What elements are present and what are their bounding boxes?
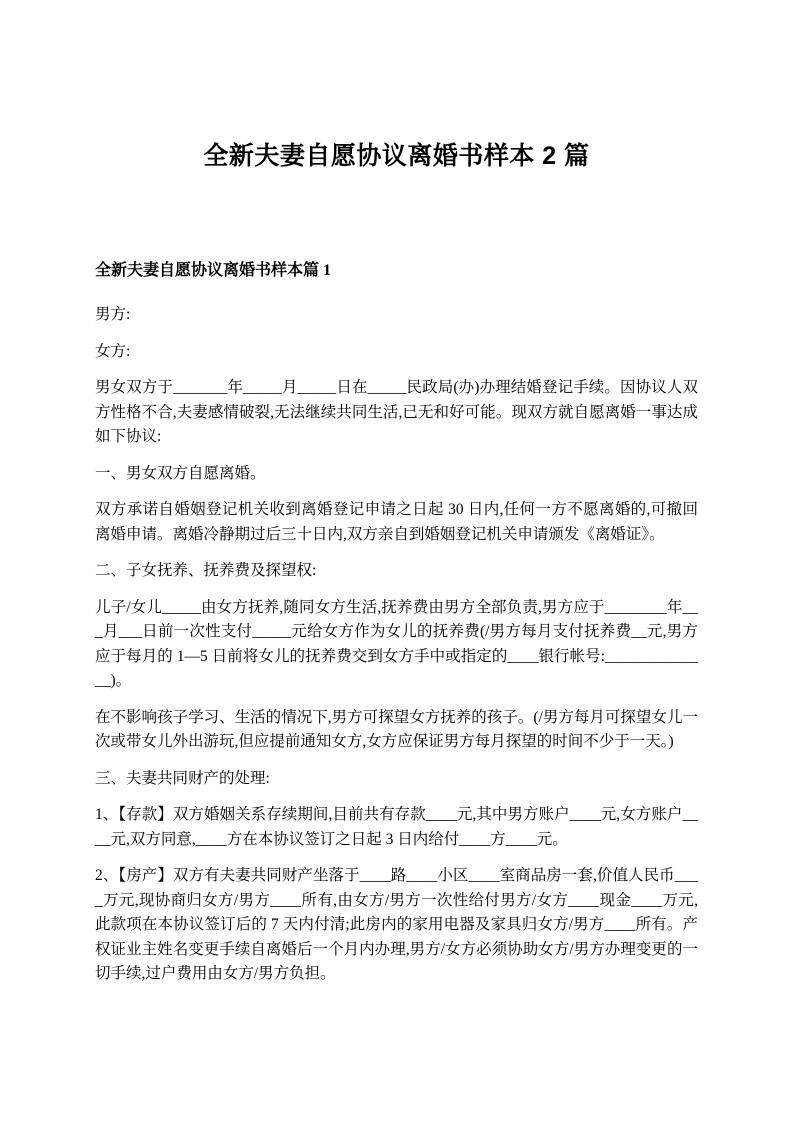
clause-2-body-visitation: 在不影响孩子学习、生活的情况下,男方可探望女方抚养的孩子。(/男方每月可探望女儿… [95,706,698,755]
line-female-party: 女方: [95,340,698,365]
document-title: 全新夫妻自愿协议离婚书样本 2 篇 [95,140,698,172]
clause-2-body-child-support: 儿子/女儿_____由女方抚养,随同女方生活,抚养费由男方全部负责,男方应于__… [95,596,698,694]
paragraph-intro: 男女双方于_______年_____月_____日在_____民政局(办)办理结… [95,376,698,450]
document-page: 全新夫妻自愿协议离婚书样本 2 篇 全新夫妻自愿协议离婚书样本篇 1 男方: 女… [0,0,793,1122]
clause-2-title: 二、子女抚养、抚养费及探望权: [95,559,698,584]
clause-3-title: 三、夫妻共同财产的处理: [95,767,698,792]
clause-1-body: 双方承诺自婚姻登记机关收到离婚登记申请之日起 30 日内,任何一方不愿离婚的,可… [95,498,698,547]
section-1-heading: 全新夫妻自愿协议离婚书样本篇 1 [95,258,698,284]
clause-1-title: 一、男女双方自愿离婚。 [95,462,698,487]
line-male-party: 男方: [95,303,698,328]
clause-3-item-deposits: 1、【存款】双方婚姻关系存续期间,目前共有存款____元,其中男方账户____元… [95,803,698,852]
clause-3-item-property: 2、【房产】双方有夫妻共同财产坐落于____路____小区____室商品房一套,… [95,864,698,987]
